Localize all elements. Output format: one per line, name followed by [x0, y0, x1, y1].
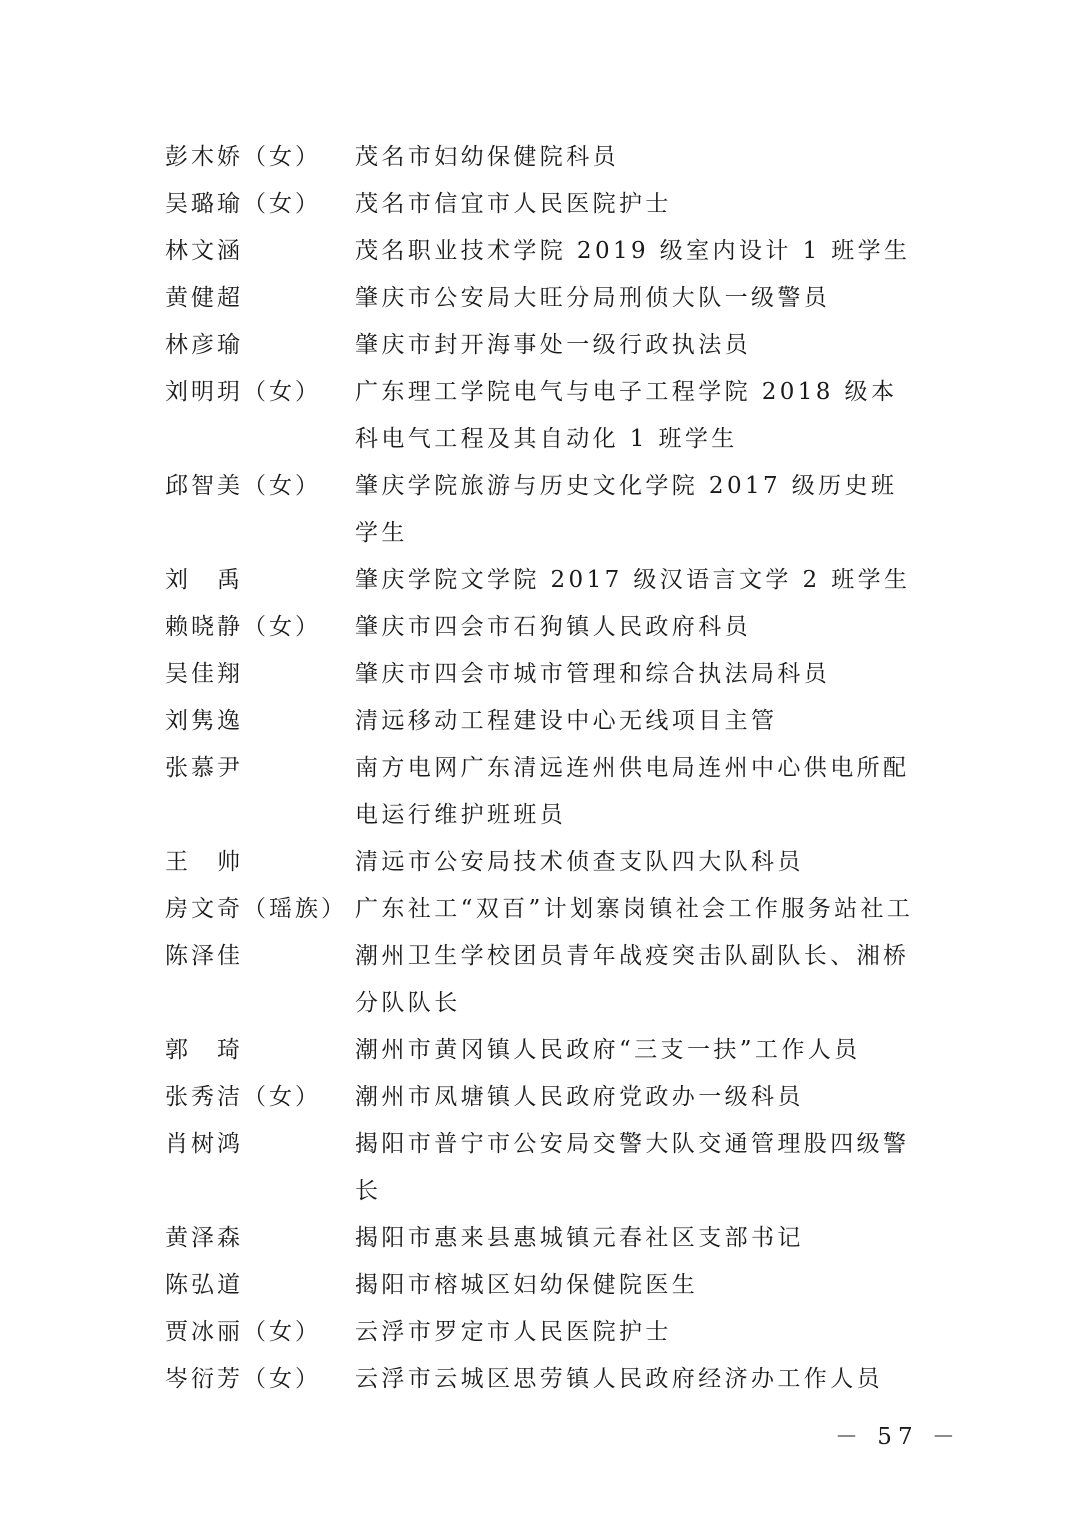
person-affiliation: 肇庆市公安局大旺分局刑侦大队一级警员 — [355, 275, 920, 322]
list-item: 吴佳翔 肇庆市四会市城市管理和综合执法局科员 — [165, 651, 925, 698]
list-item: 郭 琦 潮州市黄冈镇人民政府“三支一扶”工作人员 — [165, 1027, 925, 1074]
person-affiliation: 广东社工“双百”计划寨岗镇社会工作服务站社工 — [355, 886, 920, 933]
person-name: 吴璐瑜（女） — [165, 181, 355, 228]
person-name: 张秀洁（女） — [165, 1074, 355, 1121]
person-name: 王 帅 — [165, 839, 355, 886]
person-name: 刘隽逸 — [165, 698, 355, 745]
list-item: 邱智美（女） 肇庆学院旅游与历史文化学院 2017 级历史班学生 — [165, 463, 925, 557]
person-affiliation: 揭阳市普宁市公安局交警大队交通管理股四级警长 — [355, 1121, 920, 1215]
person-name: 林文涵 — [165, 228, 355, 275]
person-name: 肖树鸿 — [165, 1121, 355, 1168]
list-item: 吴璐瑜（女） 茂名市信宜市人民医院护士 — [165, 181, 925, 228]
person-name: 刘明玥（女） — [165, 369, 355, 416]
list-item: 林彦瑜 肇庆市封开海事处一级行政执法员 — [165, 322, 925, 369]
list-item: 陈弘道 揭阳市榕城区妇幼保健院医生 — [165, 1262, 925, 1309]
list-item: 肖树鸿 揭阳市普宁市公安局交警大队交通管理股四级警长 — [165, 1121, 925, 1215]
person-name: 彭木娇（女） — [165, 134, 355, 181]
person-affiliation: 潮州市凤塘镇人民政府党政办一级科员 — [355, 1074, 920, 1121]
list-item: 赖晓静（女） 肇庆市四会市石狗镇人民政府科员 — [165, 604, 925, 651]
person-name: 黄健超 — [165, 275, 355, 322]
person-name: 陈弘道 — [165, 1262, 355, 1309]
list-item: 王 帅 清远市公安局技术侦查支队四大队科员 — [165, 839, 925, 886]
person-affiliation: 揭阳市惠来县惠城镇元春社区支部书记 — [355, 1215, 920, 1262]
person-affiliation: 茂名市信宜市人民医院护士 — [355, 181, 920, 228]
list-item: 陈泽佳 潮州卫生学校团员青年战疫突击队副队长、湘桥分队队长 — [165, 933, 925, 1027]
person-affiliation: 茂名职业技术学院 2019 级室内设计 1 班学生 — [355, 228, 920, 275]
list-item: 房文奇（瑶族） 广东社工“双百”计划寨岗镇社会工作服务站社工 — [165, 886, 925, 933]
list-item: 张秀洁（女） 潮州市凤塘镇人民政府党政办一级科员 — [165, 1074, 925, 1121]
person-affiliation: 广东理工学院电气与电子工程学院 2018 级本科电气工程及其自动化 1 班学生 — [355, 369, 920, 463]
page-number: － 57 － — [835, 1418, 961, 1451]
person-name: 吴佳翔 — [165, 651, 355, 698]
person-affiliation: 潮州市黄冈镇人民政府“三支一扶”工作人员 — [355, 1027, 920, 1074]
person-name: 陈泽佳 — [165, 933, 355, 980]
person-name: 刘 禹 — [165, 557, 355, 604]
list-item: 贾冰丽（女） 云浮市罗定市人民医院护士 — [165, 1309, 925, 1356]
person-affiliation: 肇庆学院旅游与历史文化学院 2017 级历史班学生 — [355, 463, 920, 557]
document-page: 彭木娇（女） 茂名市妇幼保健院科员 吴璐瑜（女） 茂名市信宜市人民医院护士 林文… — [0, 0, 1080, 1527]
person-affiliation: 肇庆市封开海事处一级行政执法员 — [355, 322, 920, 369]
person-affiliation: 潮州卫生学校团员青年战疫突击队副队长、湘桥分队队长 — [355, 933, 920, 1027]
honoree-list: 彭木娇（女） 茂名市妇幼保健院科员 吴璐瑜（女） 茂名市信宜市人民医院护士 林文… — [165, 134, 925, 1403]
person-name: 郭 琦 — [165, 1027, 355, 1074]
person-affiliation: 揭阳市榕城区妇幼保健院医生 — [355, 1262, 920, 1309]
person-name: 林彦瑜 — [165, 322, 355, 369]
person-affiliation: 云浮市云城区思劳镇人民政府经济办工作人员 — [355, 1356, 920, 1403]
person-affiliation: 肇庆市四会市石狗镇人民政府科员 — [355, 604, 920, 651]
person-name: 邱智美（女） — [165, 463, 355, 510]
person-name: 张慕尹 — [165, 745, 355, 792]
list-item: 黄健超 肇庆市公安局大旺分局刑侦大队一级警员 — [165, 275, 925, 322]
person-name: 黄泽森 — [165, 1215, 355, 1262]
person-affiliation: 南方电网广东清远连州供电局连州中心供电所配电运行维护班班员 — [355, 745, 920, 839]
person-affiliation: 云浮市罗定市人民医院护士 — [355, 1309, 920, 1356]
list-item: 黄泽森 揭阳市惠来县惠城镇元春社区支部书记 — [165, 1215, 925, 1262]
list-item: 刘 禹 肇庆学院文学院 2017 级汉语言文学 2 班学生 — [165, 557, 925, 604]
list-item: 林文涵 茂名职业技术学院 2019 级室内设计 1 班学生 — [165, 228, 925, 275]
list-item: 刘明玥（女） 广东理工学院电气与电子工程学院 2018 级本科电气工程及其自动化… — [165, 369, 925, 463]
list-item: 张慕尹 南方电网广东清远连州供电局连州中心供电所配电运行维护班班员 — [165, 745, 925, 839]
person-name: 贾冰丽（女） — [165, 1309, 355, 1356]
person-affiliation: 清远移动工程建设中心无线项目主管 — [355, 698, 920, 745]
list-item: 刘隽逸 清远移动工程建设中心无线项目主管 — [165, 698, 925, 745]
person-affiliation: 肇庆市四会市城市管理和综合执法局科员 — [355, 651, 920, 698]
person-name: 房文奇（瑶族） — [165, 886, 355, 933]
list-item: 岑衍芳（女） 云浮市云城区思劳镇人民政府经济办工作人员 — [165, 1356, 925, 1403]
person-affiliation: 茂名市妇幼保健院科员 — [355, 134, 920, 181]
person-affiliation: 清远市公安局技术侦查支队四大队科员 — [355, 839, 920, 886]
person-name: 岑衍芳（女） — [165, 1356, 355, 1403]
person-affiliation: 肇庆学院文学院 2017 级汉语言文学 2 班学生 — [355, 557, 920, 604]
list-item: 彭木娇（女） 茂名市妇幼保健院科员 — [165, 134, 925, 181]
person-name: 赖晓静（女） — [165, 604, 355, 651]
